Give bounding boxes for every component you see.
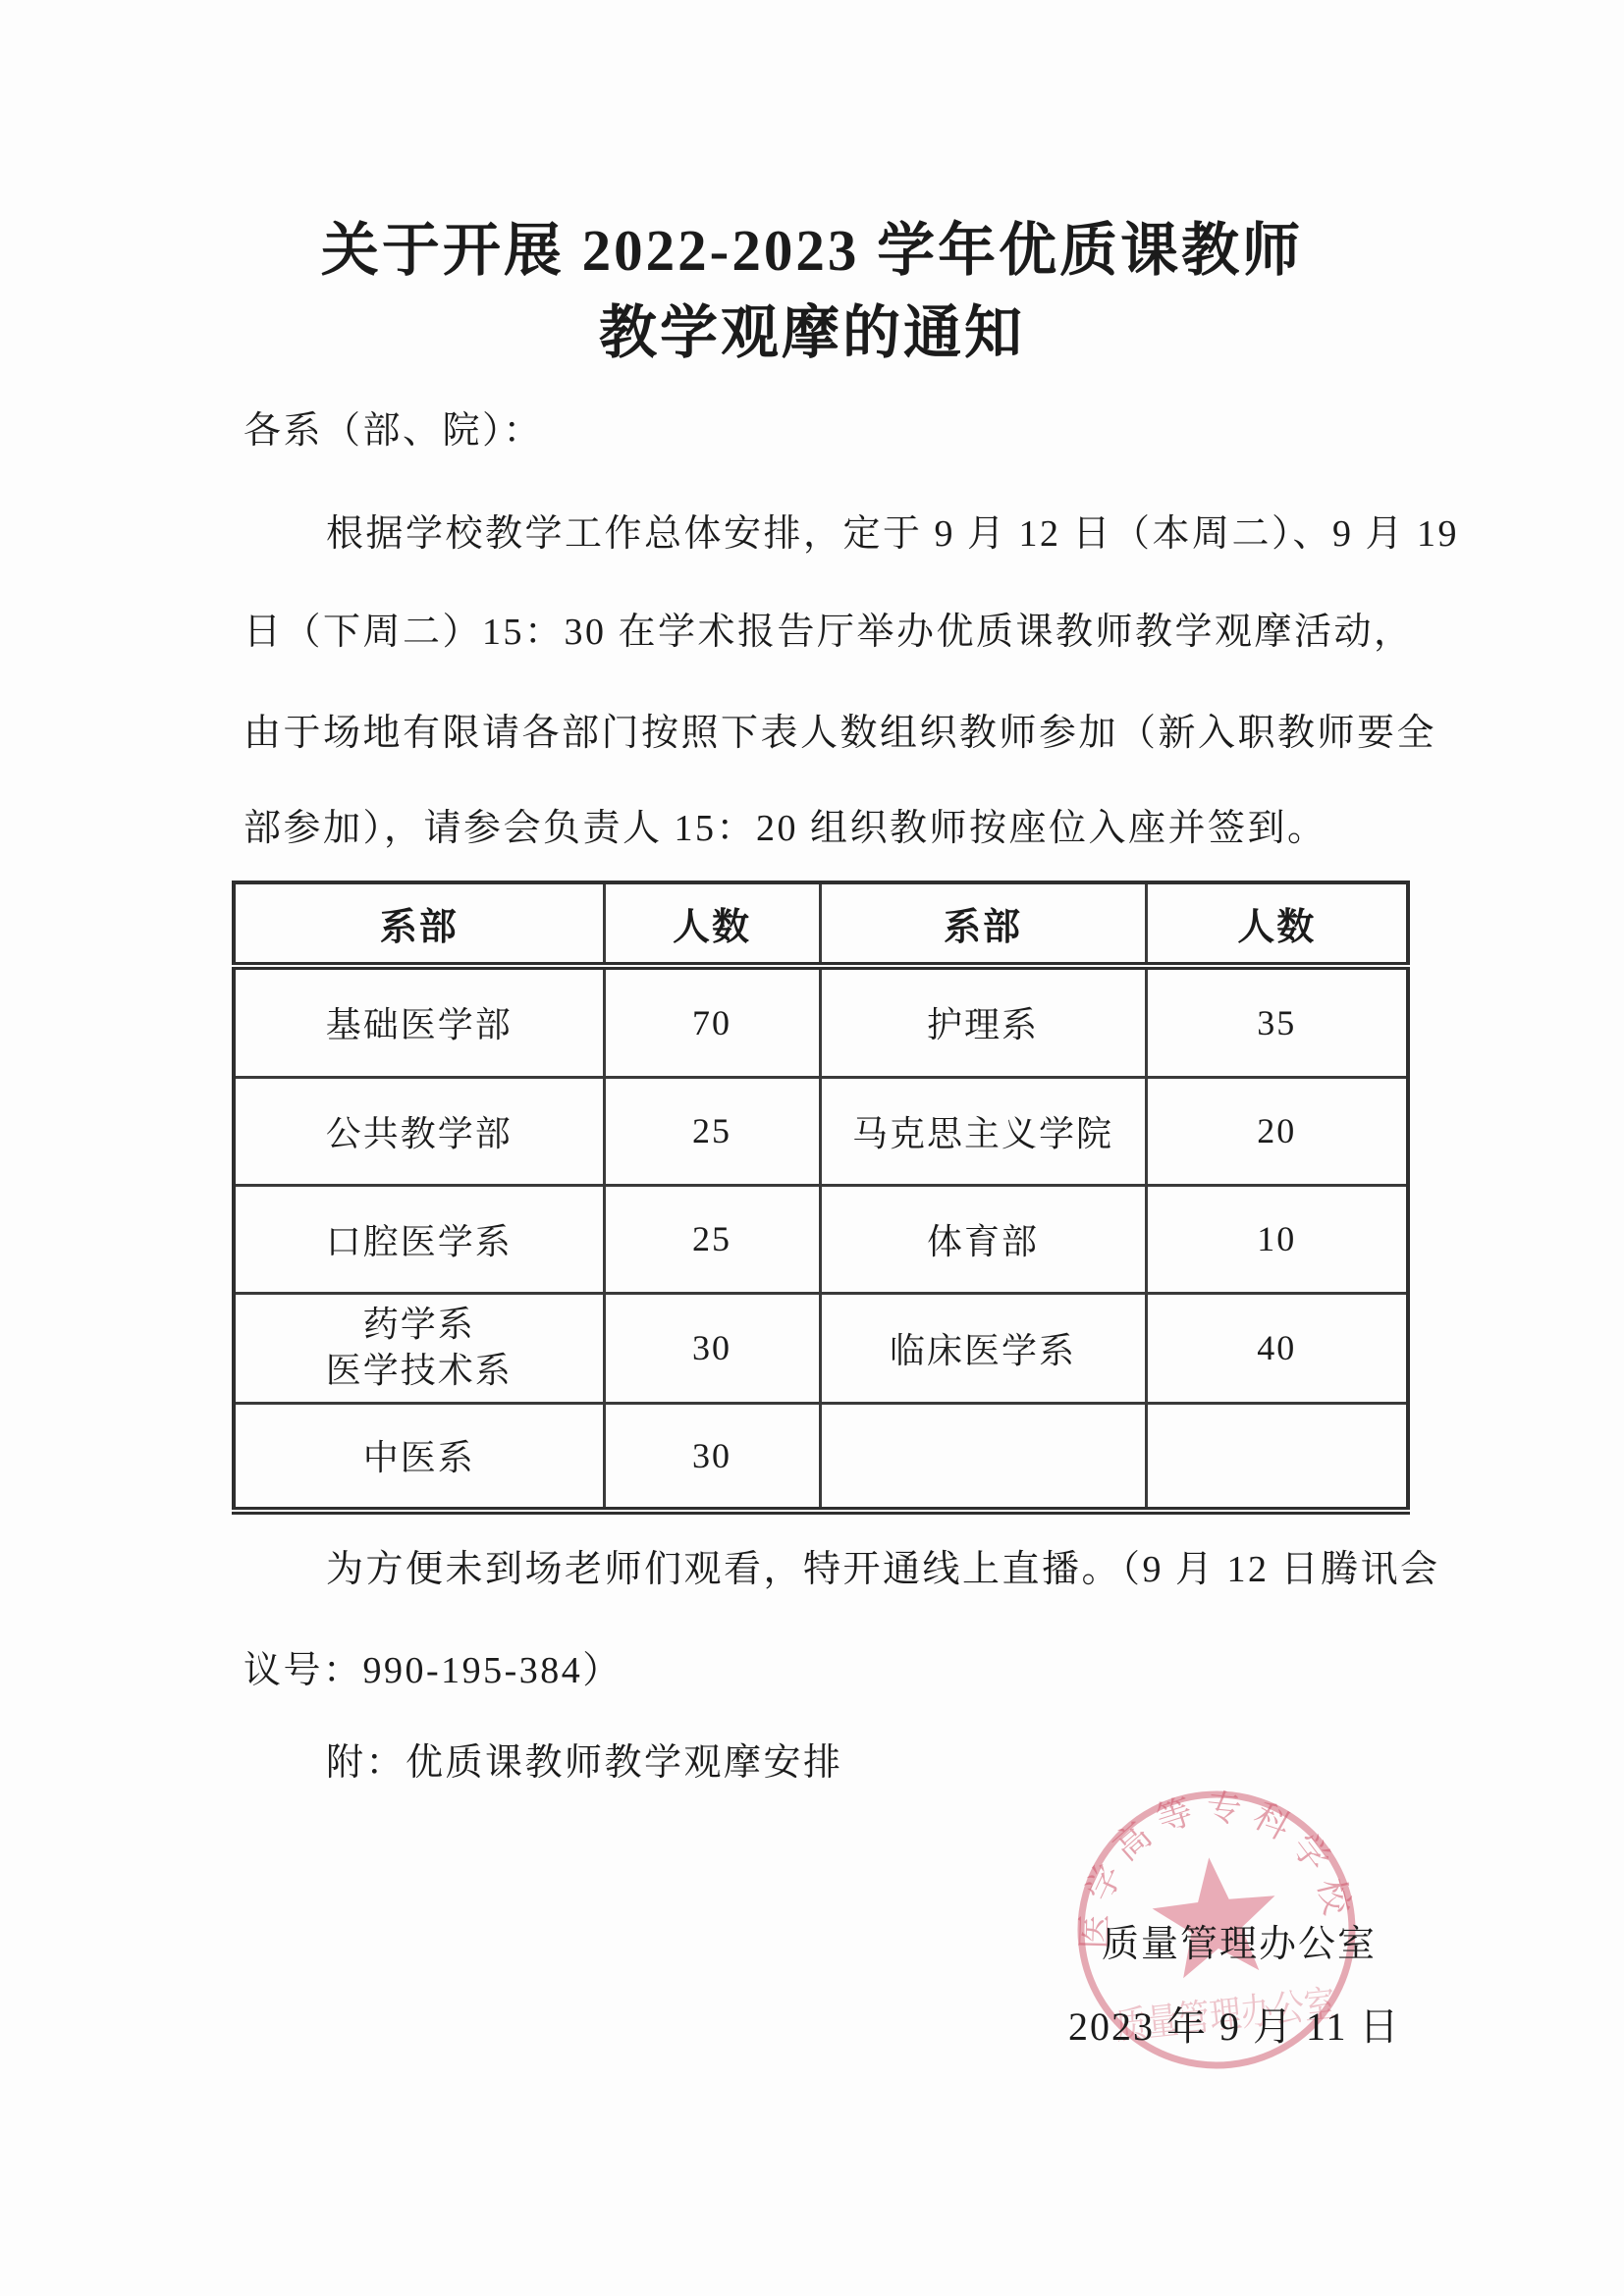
table-cell: 70 — [604, 966, 820, 1077]
table-header-cell: 人数 — [604, 882, 820, 966]
table-cell: 护理系 — [820, 966, 1146, 1077]
table-cell: 40 — [1146, 1293, 1408, 1403]
attachment-line: 附：优质课教师教学观摩安排 — [244, 1741, 843, 1787]
notice-document: 关于开展 2022-2023 学年优质课教师 教学观摩的通知 各系（部、院）： … — [0, 0, 1624, 2296]
table-cell — [1146, 1403, 1408, 1511]
table-header-cell: 系部 — [234, 882, 604, 966]
table-row: 基础医学部70护理系35 — [234, 966, 1408, 1077]
body-line: 由于场地有限请各部门按照下表人数组织教师参加（新入职教师要全 — [244, 712, 1436, 757]
table-row: 中医系30 — [234, 1403, 1408, 1511]
table-cell: 20 — [1146, 1077, 1408, 1185]
signature-date: 2023 年 9 月 11 日 — [1068, 1996, 1401, 2052]
page-title-line-2: 教学观摩的通知 — [0, 286, 1624, 369]
attendance-table: 系部 人数 系部 人数 基础医学部70护理系35公共教学部25马克思主义学院20… — [232, 881, 1410, 1515]
body-line: 根据学校教学工作总体安排，定于 9 月 12 日（本周二）、9 月 19 — [244, 512, 1459, 558]
page-title-line-1: 关于开展 2022-2023 学年优质课教师 — [0, 203, 1624, 287]
table-cell: 25 — [604, 1185, 820, 1293]
table-header-row: 系部 人数 系部 人数 — [234, 882, 1408, 966]
table-row: 口腔医学系25体育部10 — [234, 1185, 1408, 1293]
closing-line: 议号：990-195-384） — [244, 1649, 623, 1694]
table-cell: 基础医学部 — [234, 966, 604, 1077]
table-cell: 药学系医学技术系 — [234, 1293, 604, 1403]
table-cell: 口腔医学系 — [234, 1185, 604, 1293]
table-row: 药学系医学技术系30临床医学系40 — [234, 1293, 1408, 1403]
table-cell: 25 — [604, 1077, 820, 1185]
roster-table-body: 基础医学部70护理系35公共教学部25马克思主义学院20口腔医学系25体育部10… — [234, 966, 1408, 1511]
table-cell: 临床医学系 — [820, 1293, 1146, 1403]
table-header-cell: 人数 — [1146, 882, 1408, 966]
body-line: 部参加），请参会负责人 15：20 组织教师按座位入座并签到。 — [244, 807, 1327, 852]
table-cell: 35 — [1146, 966, 1408, 1077]
table-cell: 30 — [604, 1293, 820, 1403]
table-cell: 30 — [604, 1403, 820, 1511]
salutation: 各系（部、院）： — [244, 409, 543, 454]
table-cell — [820, 1403, 1146, 1511]
closing-line: 为方便未到场老师们观看，特开通线上直播。（9 月 12 日腾讯会 — [244, 1548, 1440, 1593]
body-line: 日（下周二）15：30 在学术报告厅举办优质课教师教学观摩活动， — [244, 611, 1414, 656]
table-cell: 10 — [1146, 1185, 1408, 1293]
table-row: 公共教学部25马克思主义学院20 — [234, 1077, 1408, 1185]
table-cell: 体育部 — [820, 1185, 1146, 1293]
signature-office: 质量管理办公室 — [1102, 1913, 1377, 1967]
table-header-cell: 系部 — [820, 882, 1146, 966]
table-cell: 马克思主义学院 — [820, 1077, 1146, 1185]
table-cell: 公共教学部 — [234, 1077, 604, 1185]
table-cell: 中医系 — [234, 1403, 604, 1511]
